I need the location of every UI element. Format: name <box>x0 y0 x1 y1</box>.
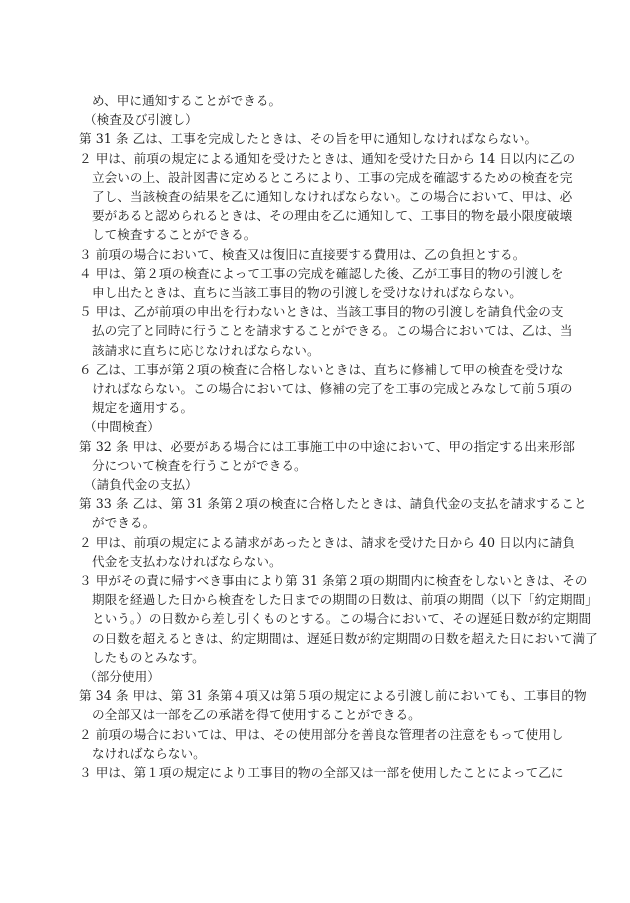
text-line: の日数を超えるときは、約定期間は、遅延日数が約定期間の日数を超えた日において満了 <box>92 629 598 648</box>
text-line: したものとみなす。 <box>92 648 205 667</box>
text-line: 申し出たときは、直ちに当該工事目的物の引渡しを受けなければならない。 <box>92 283 522 302</box>
text-line: 了し、当該検査の結果を乙に通知しなければならない。この場合において、甲は、必 <box>92 187 572 206</box>
text-line: 要があると認められるときは、その理由を乙に通知して、工事目的物を最小限度破壊 <box>92 206 572 225</box>
article-line: 第 33 条 乙は、第 31 条第２項の検査に合格したときは、請負代金の支払を請… <box>79 494 587 513</box>
article-line: 第 34 条 甲は、第 31 条第４項又は第５項の規定による引渡し前においても、… <box>79 686 587 705</box>
paragraph-item-line: ２ 甲は、前項の規定による請求があったときは、請求を受けた日から 40 日以内に… <box>79 533 575 552</box>
paragraph-item-line: ２ 前項の場合においては、甲は、その使用部分を善良な管理者の注意をもって使用し <box>79 725 564 744</box>
article-line: 第 31 条 乙は、工事を完成したときは、その旨を甲に通知しなければならない。 <box>79 129 537 148</box>
text-line: なければならない。 <box>92 744 206 763</box>
text-line: 立会いの上、設計図書に定めるところにより、工事の完成を確認するための検査を完 <box>92 168 572 187</box>
text-line: して検査することができる。 <box>92 225 256 244</box>
paragraph-item-line: ５ 甲は、乙が前項の申出を行わないときは、当該工事目的物の引渡しを請負代金の支 <box>79 302 564 321</box>
section-heading: （請負代金の支払） <box>84 475 198 494</box>
text-line: という。）の日数から差し引くものとする。この場合において、その遅延日数が約定期間 <box>92 609 591 628</box>
text-line: 該請求に直ちに応じなければならない。 <box>92 341 320 360</box>
paragraph-item-line: ３ 前項の場合において、検査又は復旧に直接要する費用は、乙の負担とする。 <box>79 245 525 264</box>
paragraph-item-line: ４ 甲は、第２項の検査によって工事の完成を確認した後、乙が工事目的物の引渡しを <box>79 264 564 283</box>
text-line: 払の完了と同時に行うことを請求することができる。この場合においては、乙は、当 <box>92 321 572 340</box>
section-heading: （検査及び引渡し） <box>84 110 198 129</box>
text-line: 期限を経過した日から検査をした日までの期間の日数は、前項の期間（以下「約定期間」 <box>92 590 598 609</box>
text-line: 分について検査を行うことができる。 <box>92 456 307 475</box>
text-line: ができる。 <box>92 513 155 532</box>
text-line: の全部又は一部を乙の承諾を得て使用することができる。 <box>92 705 421 724</box>
text-line: 代金を支払わなければならない。 <box>92 552 282 571</box>
section-heading: （中間検査） <box>84 417 160 436</box>
paragraph-item-line: ３ 甲がその責に帰すべき事由により第 31 条第２項の期間内に検査をしないときは… <box>79 571 588 590</box>
paragraph-item-line: ６ 乙は、工事が第２項の検査に合格しないときは、直ちに修補して甲の検査を受けな <box>79 360 564 379</box>
text-line: 規定を適用する。 <box>92 398 193 417</box>
paragraph-item-line: ２ 甲は、前項の規定による通知を受けたときは、通知を受けた日から 14 日以内に… <box>79 149 575 168</box>
article-line: 第 32 条 甲は、必要がある場合には工事施工中の中途において、甲の指定する出来… <box>79 437 575 456</box>
text-line: ければならない。この場合においては、修補の完了を工事の完成とみなして前５項の <box>92 379 572 398</box>
paragraph-item-line: ３ 甲は、第１項の規定により工事目的物の全部又は一部を使用したことによって乙に <box>79 763 564 782</box>
section-heading: （部分使用） <box>84 667 160 686</box>
text-line: め、甲に通知することができる。 <box>92 91 281 110</box>
